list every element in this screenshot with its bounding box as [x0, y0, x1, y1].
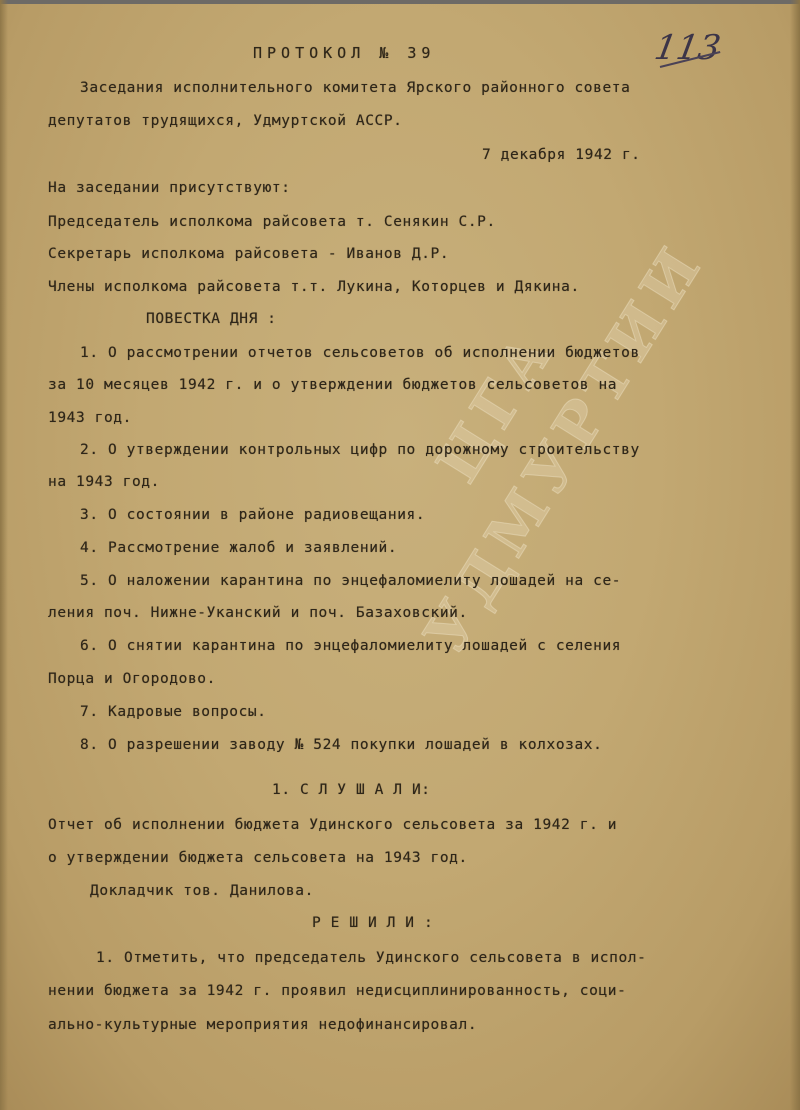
agenda-line: 7. Кадровые вопросы. [80, 704, 267, 720]
handwritten-page-number: 113 [651, 28, 723, 68]
agenda-heading: ПОВЕСТКА ДНЯ : [146, 311, 277, 327]
attendance-line: Председатель исполкома райсовета т. Сеня… [48, 214, 496, 230]
attendance-line: Члены исполкома райсовета т.т. Лукина, К… [48, 279, 580, 295]
agenda-line: Порца и Огородово. [48, 671, 216, 687]
decision-line: ально-культурные мероприятия недофинанси… [48, 1017, 477, 1033]
agenda-line: ления поч. Нижне-Уканский и поч. Базахов… [48, 605, 468, 621]
agenda-line: 3. О состоянии в районе радиовещания. [80, 507, 425, 523]
section1-line: Отчет об исполнении бюджета Удинского се… [48, 817, 617, 833]
protocol-subtitle-line2: депутатов трудящихся, Удмуртской АССР. [48, 113, 403, 129]
protocol-subtitle-line1: Заседания исполнительного комитета Ярско… [80, 80, 630, 96]
agenda-line: 2. О утверждении контрольных цифр по дор… [80, 442, 640, 458]
decision-line: 1. Отметить, что председатель Удинского … [96, 950, 646, 966]
agenda-line: 1. О рассмотрении отчетов сельсоветов об… [80, 345, 640, 361]
attendance-heading: На заседании присутствуют: [48, 180, 291, 196]
decision-line: нении бюджета за 1942 г. проявил недисци… [48, 983, 626, 999]
scan-top-edge [0, 0, 800, 4]
agenda-line: 4. Рассмотрение жалоб и заявлений. [80, 540, 397, 556]
protocol-date: 7 декабря 1942 г. [482, 147, 641, 163]
protocol-title: ПРОТОКОЛ № 39 [253, 44, 435, 62]
agenda-line: 5. О наложении карантина по энцефаломиел… [80, 573, 621, 589]
agenda-line: за 10 месяцев 1942 г. и о утверждении бю… [48, 377, 617, 393]
section1-heading: 1. С Л У Ш А Л И: [272, 782, 431, 798]
scanned-page: ЦГА УДМУРТИИ 113 ПРОТОКОЛ № 39 Заседания… [0, 0, 800, 1110]
page-left-shadow [0, 0, 8, 1110]
decision-heading: Р Е Ш И Л И : [312, 915, 433, 931]
section1-line: о утверждении бюджета сельсовета на 1943… [48, 850, 468, 866]
agenda-line: 6. О снятии карантина по энцефаломиелиту… [80, 638, 621, 654]
agenda-line: 8. О разрешении заводу № 524 покупки лош… [80, 737, 602, 753]
attendance-line: Секретарь исполкома райсовета - Иванов Д… [48, 246, 449, 262]
agenda-line: 1943 год. [48, 410, 132, 426]
section1-speaker: Докладчик тов. Данилова. [90, 883, 314, 899]
page-right-edge [790, 0, 800, 1110]
agenda-line: на 1943 год. [48, 474, 160, 490]
